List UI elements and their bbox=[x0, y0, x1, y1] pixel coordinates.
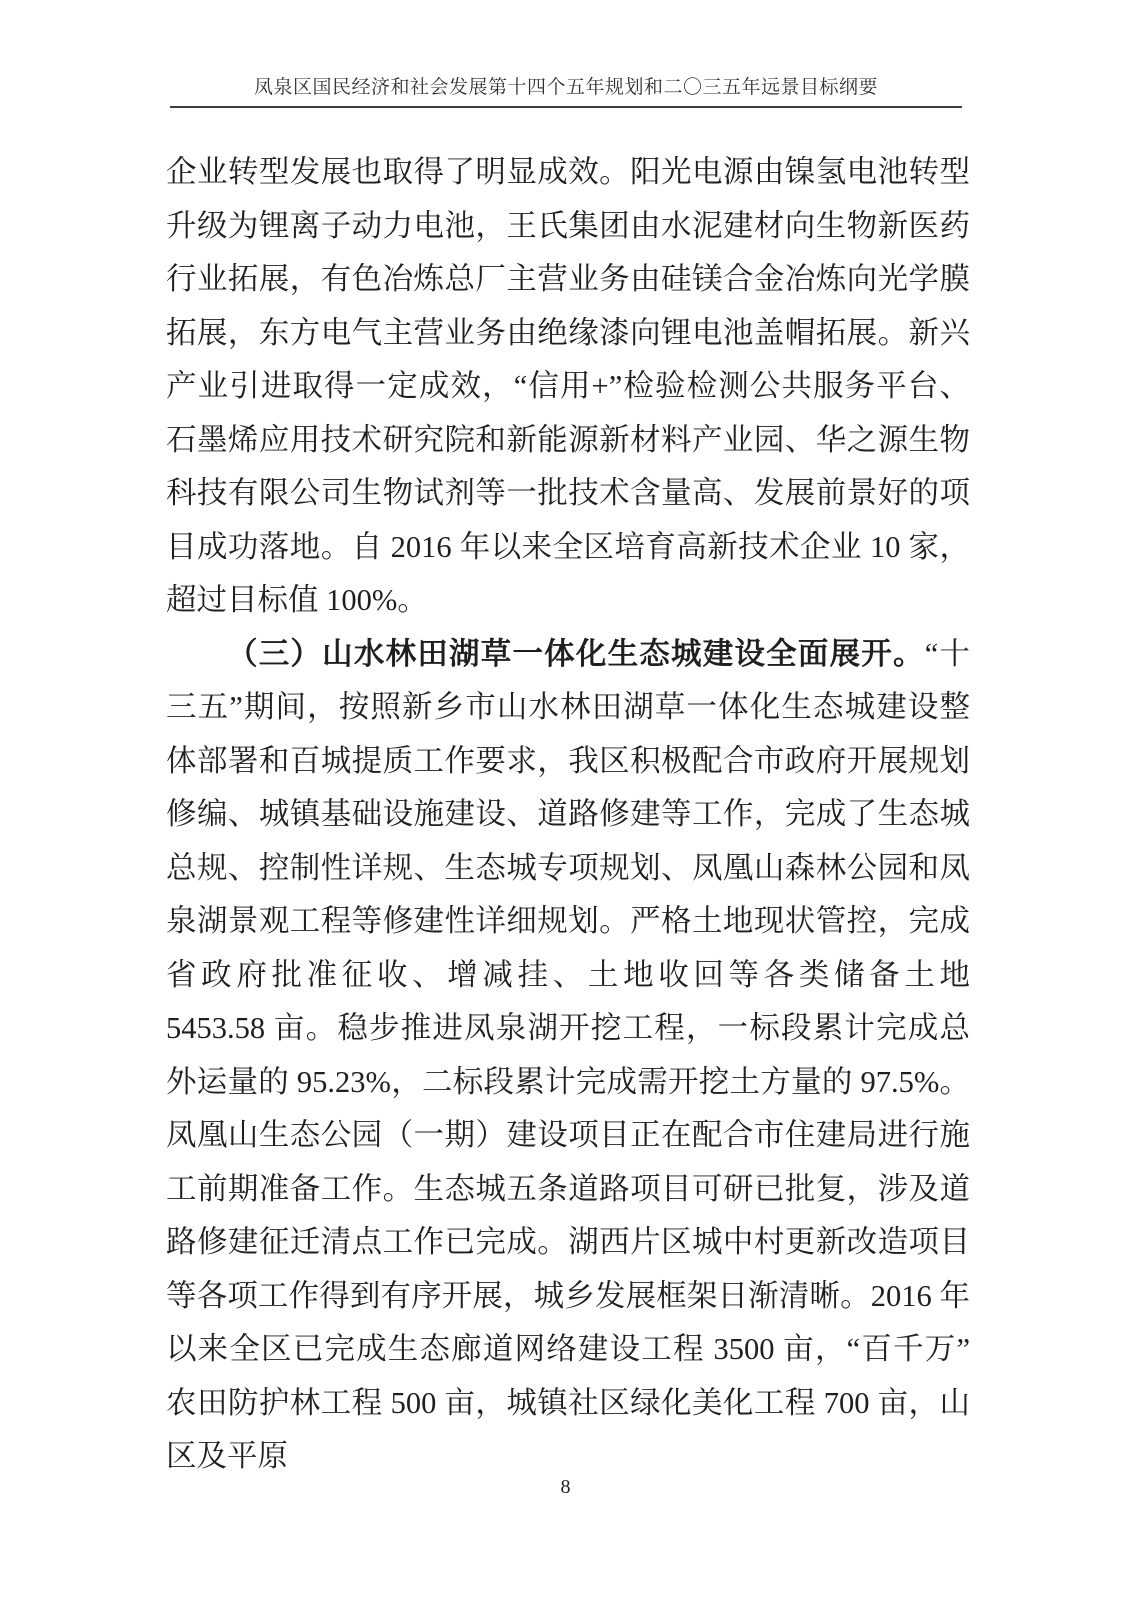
page-header: 凤泉区国民经济和社会发展第十四个五年规划和二〇三五年远景目标纲要 bbox=[170, 72, 962, 108]
header-title: 凤泉区国民经济和社会发展第十四个五年规划和二〇三五年远景目标纲要 bbox=[170, 72, 962, 106]
paragraph-continuation: 企业转型发展也取得了明显成效。阳光电源由镍氢电池转型升级为锂离子动力电池，王氏集… bbox=[166, 146, 970, 628]
paragraph-section-3: （三）山水林田湖草一体化生态城建设全面展开。“十三五”期间，按照新乡市山水林田湖… bbox=[166, 628, 970, 1484]
section-3-body-text: “十三五”期间，按照新乡市山水林田湖草一体化生态城建设整体部署和百城提质工作要求… bbox=[166, 637, 970, 1474]
page-number: 8 bbox=[561, 1476, 571, 1498]
header-rule bbox=[170, 106, 962, 108]
document-page: 凤泉区国民经济和社会发展第十四个五年规划和二〇三五年远景目标纲要 企业转型发展也… bbox=[0, 0, 1131, 1600]
page-footer: 8 bbox=[0, 1476, 1131, 1499]
document-body: 企业转型发展也取得了明显成效。阳光电源由镍氢电池转型升级为锂离子动力电池，王氏集… bbox=[166, 146, 970, 1484]
section-3-heading: （三）山水林田湖草一体化生态城建设全面展开。 bbox=[227, 637, 925, 671]
